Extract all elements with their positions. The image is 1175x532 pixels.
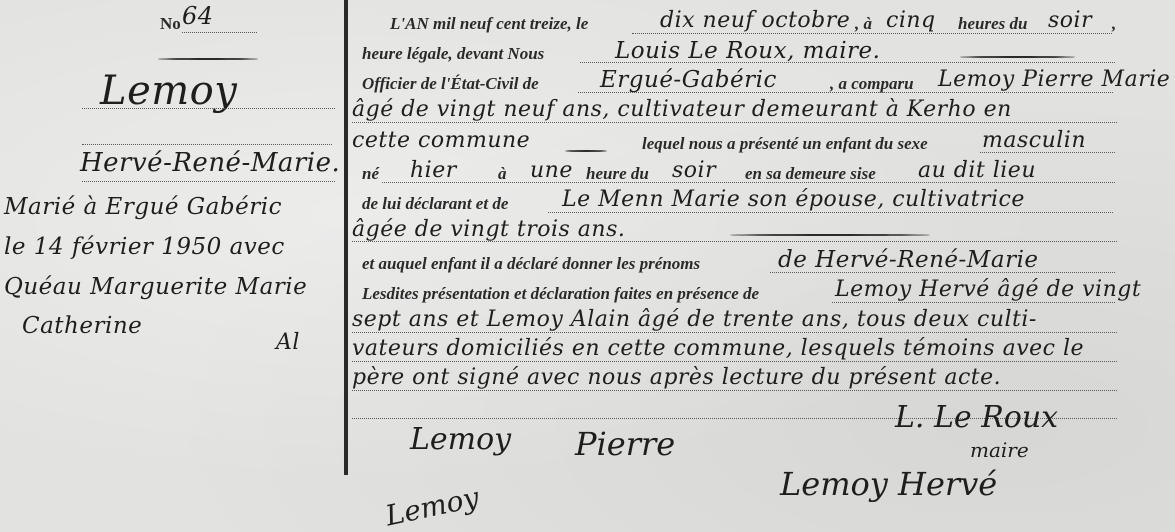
handwritten-time-of-day: soir (1048, 8, 1092, 33)
dotted-line (352, 332, 1117, 333)
printed-text: Lesdites présentation et déclaration fai… (362, 284, 759, 304)
dotted-line (352, 390, 1117, 391)
flourish-line (158, 58, 258, 60)
dotted-line (548, 212, 1113, 213)
handwritten-commune-ref: cette commune (352, 128, 530, 153)
printed-text: , (1112, 14, 1116, 34)
dotted-line (352, 122, 1117, 123)
act-number-label: No (160, 14, 181, 34)
dotted-line (832, 302, 1115, 303)
dotted-line (578, 92, 1113, 93)
handwritten-father-name: Lemoy Pierre Marie (938, 67, 1170, 92)
fill-stroke (960, 56, 1075, 58)
handwritten-birth-time: soir (672, 158, 716, 183)
margin-annotation-initials: Al (276, 330, 300, 355)
signature-officer: L. Le Roux (895, 400, 1058, 435)
act-number-dotted-line (182, 32, 257, 33)
given-names-top-dotted-line (82, 144, 332, 145)
handwritten-witnesses-domicile: vateurs domiciliés en cette commune, les… (352, 336, 1084, 361)
fill-stroke (730, 234, 930, 236)
margin-annotation-line-3: Quéau Marguerite Marie (4, 274, 307, 300)
dotted-line (352, 241, 1117, 242)
handwritten-mother: Le Menn Marie son épouse, cultivatrice (562, 187, 1025, 212)
printed-text: heure du (586, 164, 649, 184)
printed-text: heures du (958, 14, 1027, 34)
printed-text: , à (855, 14, 872, 34)
handwritten-mother-age: âgée de vingt trois ans. (352, 217, 625, 242)
printed-text: à (498, 164, 507, 184)
fill-stroke (565, 150, 607, 152)
printed-text: né (362, 164, 379, 184)
handwritten-sex: masculin (982, 128, 1086, 153)
printed-text: , a comparu (830, 74, 914, 94)
dotted-line (980, 152, 1115, 153)
handwritten-witness-1: Lemoy Hervé âgé de vingt (835, 277, 1141, 302)
signature-pierre: Pierre (575, 425, 675, 463)
handwritten-father-details: âgé de vingt neuf ans, cultivateur demeu… (352, 97, 1012, 122)
printed-text: de lui déclarant et de (362, 194, 508, 214)
printed-text: et auquel enfant il a déclaré donner les… (362, 254, 700, 274)
handwritten-given-names: de Hervé-René-Marie (778, 247, 1039, 273)
handwritten-birth-hour: une (530, 158, 573, 183)
act-number-value: 64 (182, 2, 214, 30)
margin-annotation-line-2: le 14 février 1950 avec (4, 234, 285, 260)
dotted-line (352, 361, 1117, 362)
dotted-line (382, 182, 1115, 183)
signature-lemoy-herve: Lemoy Hervé (780, 465, 997, 503)
margin-divider-line (344, 0, 348, 475)
handwritten-witness-2: sept ans et Lemoy Alain âgé de trente an… (352, 307, 1037, 332)
margin-annotation-line-1: Marié à Ergué Gabéric (4, 194, 282, 220)
handwritten-closing: père ont signé avec nous après lecture d… (352, 365, 1001, 390)
printed-text: heure légale, devant Nous (362, 44, 544, 64)
handwritten-birth-day: hier (410, 158, 457, 183)
printed-text: Officier de l'État-Civil de (362, 74, 539, 94)
printed-text: en sa demeure sise (745, 164, 876, 184)
handwritten-hour: cinq (886, 8, 936, 33)
printed-text: L'AN mil neuf cent treize, le (390, 14, 588, 34)
dotted-line (770, 272, 1115, 273)
signature-lemoy-father: Lemoy (410, 422, 511, 457)
handwritten-officer: Louis Le Roux, maire. (615, 38, 880, 64)
signature-officer-title: maire (970, 438, 1029, 462)
margin-annotation-line-4: Catherine (22, 313, 142, 339)
dotted-line (632, 33, 1112, 34)
handwritten-residence: au dit lieu (918, 158, 1036, 183)
given-names-dotted-line (82, 181, 335, 182)
margin-given-names: Hervé-René-Marie. (80, 148, 340, 178)
handwritten-date: dix neuf octobre (660, 8, 850, 33)
surname-dotted-line (82, 108, 335, 109)
dotted-line (580, 62, 1115, 63)
handwritten-commune: Ergué-Gabéric (600, 67, 777, 93)
printed-text: lequel nous a présenté un enfant du sexe (642, 134, 928, 154)
